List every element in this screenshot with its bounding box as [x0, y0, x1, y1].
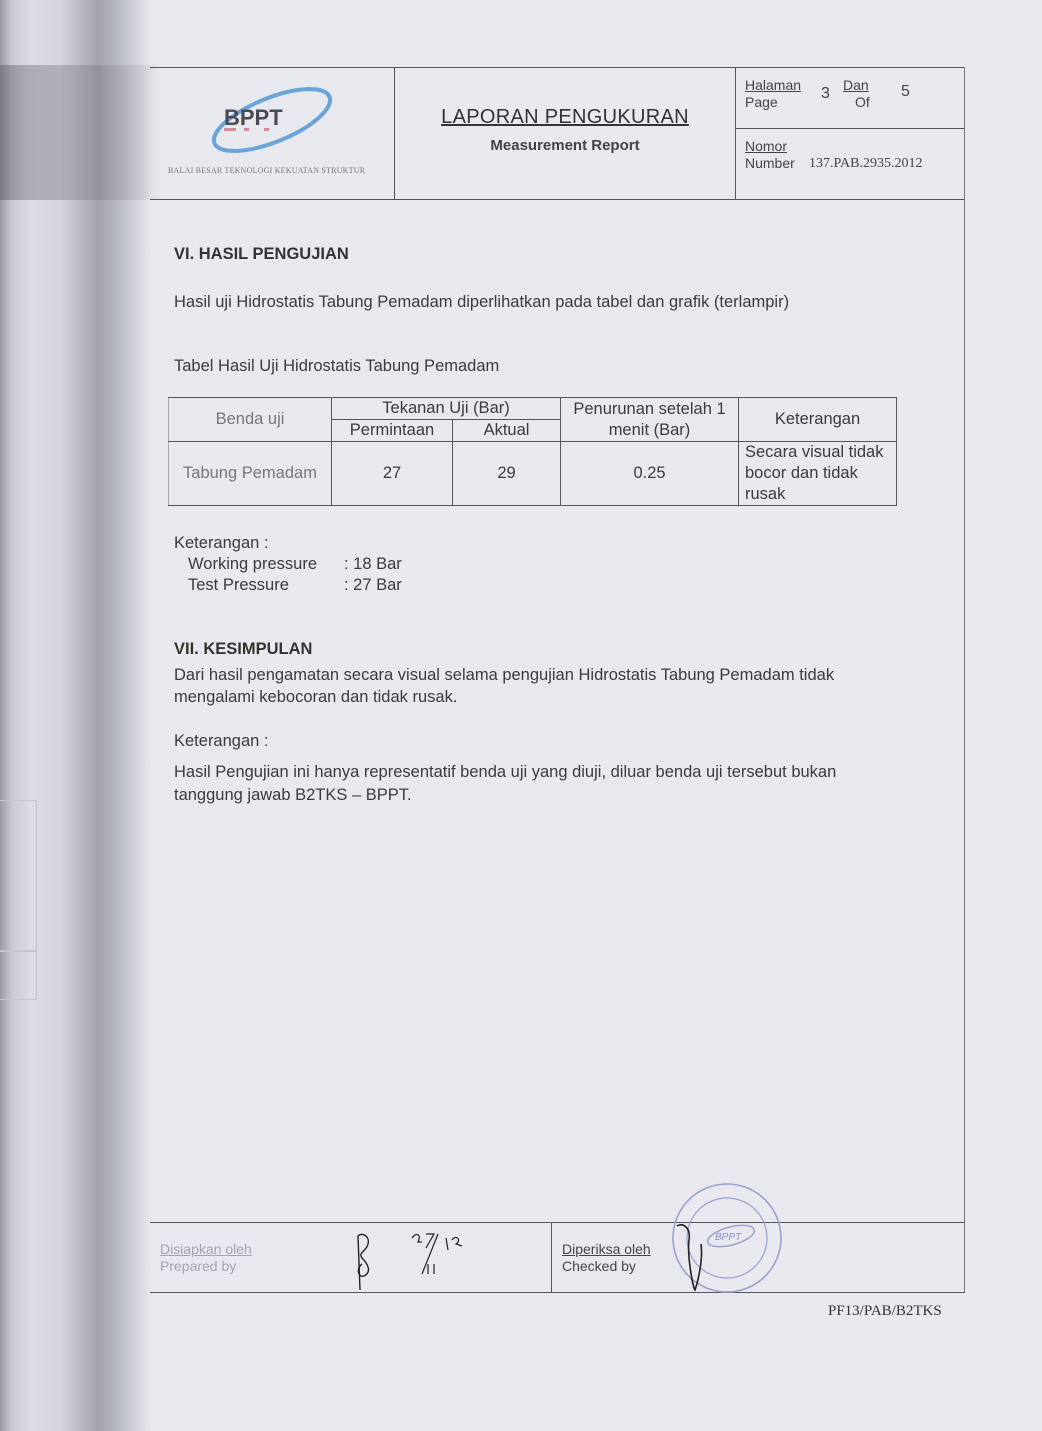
page-label-en: Page [745, 94, 778, 110]
number-label-en: Number [745, 155, 795, 171]
of-label-id: Dan [843, 77, 869, 93]
header-top-border [150, 67, 965, 68]
results-table: Benda uji Tekanan Uji (Bar) Penurunan se… [168, 397, 897, 506]
header-specimen: Benda uji [169, 398, 332, 442]
footer-divider [551, 1222, 552, 1292]
preparer-signature: 27/11 12 [352, 1228, 482, 1297]
report-title: LAPORAN PENGUKURAN [395, 106, 735, 129]
table-header-row: Benda uji Tekanan Uji (Bar) Penurunan se… [169, 398, 897, 420]
cell-actual: 29 [453, 442, 561, 506]
bppt-stamp: BPPT [665, 1178, 783, 1296]
conclusion-notes-label: Keterangan : [174, 732, 269, 751]
conclusion-line-2: mengalami kebocoran dan tidak rusak. [174, 688, 457, 707]
bppt-logo: BPPT [200, 78, 350, 158]
note-test-pressure-label: Test Pressure [188, 576, 289, 595]
conclusion-line-1: Dari hasil pengamatan secara visual sela… [174, 666, 834, 685]
page-right-border [964, 67, 965, 1292]
of-label-en: Of [855, 94, 870, 110]
section-results-heading: VI. HASIL PENGUJIAN [174, 245, 349, 264]
report-number: 137.PAB.2935.2012 [809, 156, 922, 172]
table-caption: Tabel Hasil Uji Hidrostatis Tabung Pemad… [174, 357, 499, 376]
checked-by-label-en: Checked by [562, 1258, 636, 1274]
disclaimer-line-1: Hasil Pengujian ini hanya representatif … [174, 763, 836, 782]
page-number: 3 [821, 85, 830, 103]
cell-drop: 0.25 [561, 442, 739, 506]
footer-top-border [150, 1222, 965, 1223]
previous-page-ghost [0, 950, 37, 1000]
page-label-id: Halaman [745, 77, 801, 93]
cell-requested: 27 [332, 442, 453, 506]
report-subtitle: Measurement Report [395, 137, 735, 154]
prepared-by-label-id: Disiapkan oleh [160, 1241, 252, 1257]
header-bottom-border [150, 199, 965, 200]
page-total: 5 [901, 83, 910, 101]
header-drop: Penurunan setelah 1 menit (Bar) [561, 398, 739, 442]
number-label-id: Nomor [745, 138, 787, 154]
disclaimer-line-2: tanggung jawab B2TKS – BPPT. [174, 786, 412, 805]
footer-bottom-border [150, 1292, 965, 1293]
previous-page-ghost [0, 800, 37, 952]
header-requested: Permintaan [332, 420, 453, 442]
scan-binding-header-shadow [0, 65, 160, 200]
header-divider [394, 67, 395, 200]
cell-specimen: Tabung Pemadam [169, 442, 332, 506]
form-code: PF13/PAB/B2TKS [828, 1303, 942, 1320]
header-meta-divider [735, 128, 965, 129]
section-conclusion-heading: VII. KESIMPULAN [174, 640, 312, 659]
header-remarks: Keterangan [739, 398, 897, 442]
prepared-by-label-en: Prepared by [160, 1258, 236, 1274]
header-actual: Aktual [453, 420, 561, 442]
section-results-intro: Hasil uji Hidrostatis Tabung Pemadam dip… [174, 293, 789, 312]
svg-text:BPPT: BPPT [224, 105, 283, 130]
svg-text:BPPT: BPPT [715, 1232, 742, 1243]
note-working-pressure-value: : 18 Bar [344, 555, 402, 574]
header-divider [735, 67, 736, 200]
table-row: Tabung Pemadam 27 29 0.25 Secara visual … [169, 442, 897, 506]
scan-binding-shadow [0, 0, 150, 1431]
header-test-pressure: Tekanan Uji (Bar) [332, 398, 561, 420]
note-working-pressure-label: Working pressure [188, 555, 317, 574]
logo-caption: BALAI BESAR TEKNOLOGI KEKUATAN STRUKTUR [168, 166, 365, 175]
checked-by-label-id: Diperiksa oleh [562, 1241, 651, 1257]
note-test-pressure-value: : 27 Bar [344, 576, 402, 595]
notes-label: Keterangan : [174, 534, 269, 553]
cell-remarks: Secara visual tidak bocor dan tidak rusa… [739, 442, 897, 506]
